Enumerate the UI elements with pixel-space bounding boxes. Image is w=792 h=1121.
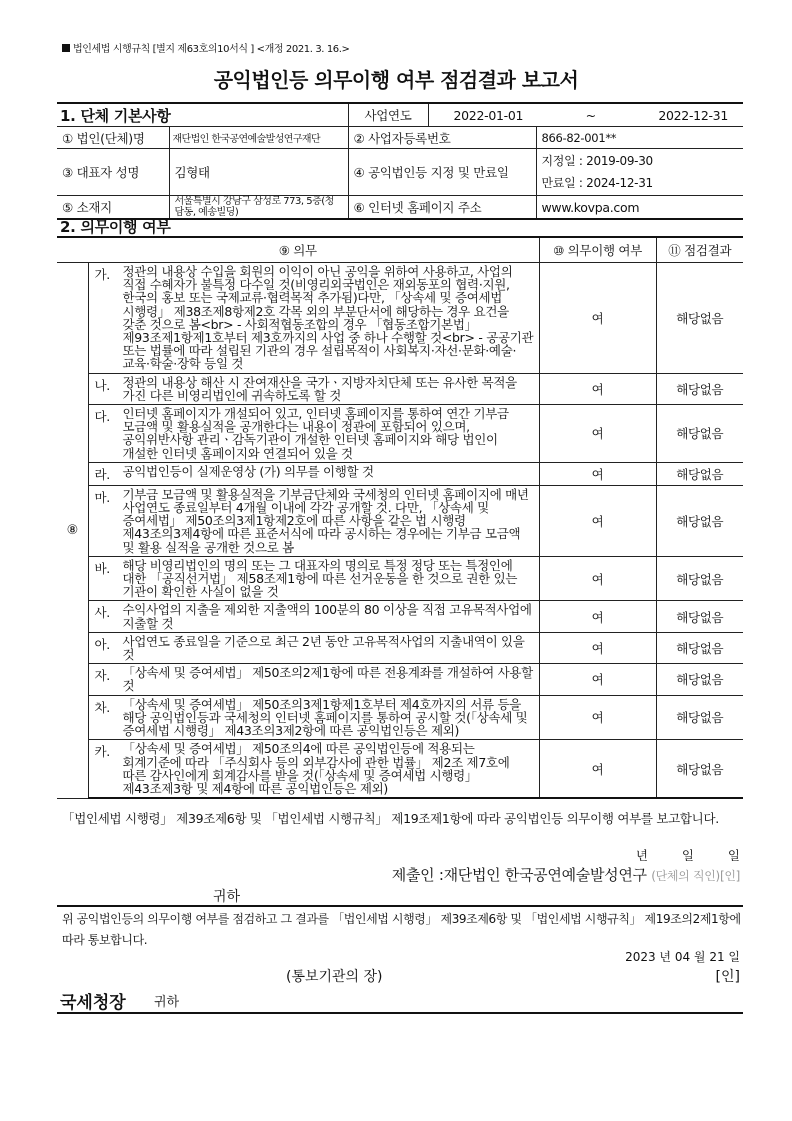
- compliance-value[interactable]: 여: [539, 601, 656, 632]
- result-value[interactable]: 해당없음: [656, 373, 743, 404]
- duty-text: 정관의 내용상 해산 시 잔여재산을 국가ㆍ지방자치단체 또는 유사한 목적을 …: [123, 376, 535, 402]
- notice-seal: [인]: [716, 966, 740, 986]
- duty-label: 카.: [95, 742, 123, 795]
- duty-text: 해당 비영리법인의 명의 또는 그 대표자의 명의로 특정 정당 또는 특정인에…: [123, 559, 535, 599]
- duty-label: 가.: [95, 265, 123, 371]
- business-year-label: 사업연도: [348, 103, 428, 127]
- divider: [57, 905, 743, 907]
- corp-name-label: ① 법인(단체)명: [57, 127, 169, 149]
- duty-text-cell: 차.「상속세 및 증여세법」 제50조의3제1항제1호부터 제4호까지의 서류 …: [88, 695, 539, 740]
- duty-label: 사.: [95, 603, 123, 629]
- row-group-label: ⑧: [57, 263, 88, 799]
- business-year-start[interactable]: 2022-01-01: [454, 108, 524, 123]
- duty-text: 기부금 모금액 및 활용실적을 기부금단체와 국세청의 인터넷 홈페이지에 매년…: [123, 488, 535, 554]
- form-reference: 법인세법 시행규칙 [별지 제63호의10서식 ] <개정 2021. 3. 1…: [62, 40, 350, 55]
- duty-row: ⑧가.정관의 내용상 수입을 회원의 이익이 아닌 공익을 위하여 사용하고, …: [57, 263, 743, 374]
- duty-text-cell: 나.정관의 내용상 해산 시 잔여재산을 국가ㆍ지방자치단체 또는 유사한 목적…: [88, 373, 539, 404]
- compliance-value[interactable]: 여: [539, 664, 656, 695]
- homepage-label: ⑥ 인터넷 홈페이지 주소: [348, 196, 536, 220]
- declaration-date-placeholder[interactable]: 년 일 일: [636, 846, 740, 864]
- duty-label: 라.: [95, 465, 123, 483]
- duty-text: 사업연도 종료일을 기준으로 최근 2년 동안 고유목적사업의 지출내역이 있을…: [123, 635, 535, 661]
- square-bullet-icon: [62, 44, 70, 52]
- compliance-value[interactable]: 여: [539, 485, 656, 556]
- duty-row: 아.사업연도 종료일을 기준으로 최근 2년 동안 고유목적사업의 지출내역이 …: [57, 632, 743, 663]
- result-value[interactable]: 해당없음: [656, 556, 743, 601]
- biz-reg-value[interactable]: 866-82-001**: [536, 127, 743, 149]
- expiry-date[interactable]: 만료일 : 2024-12-31: [542, 172, 739, 194]
- duty-text-cell: 자.「상속세 및 증여세법」 제50조의2제1항에 따른 전용계좌를 개설하여 …: [88, 664, 539, 695]
- duty-label: 자.: [95, 666, 123, 692]
- submitter-label: 제출인 :: [392, 866, 444, 884]
- result-value[interactable]: 해당없음: [656, 405, 743, 463]
- compliance-value[interactable]: 여: [539, 373, 656, 404]
- result-value[interactable]: 해당없음: [656, 462, 743, 485]
- duty-label: 마.: [95, 488, 123, 554]
- addressee-suffix: 귀하: [213, 886, 240, 906]
- result-value[interactable]: 해당없음: [656, 263, 743, 374]
- compliance-value[interactable]: 여: [539, 405, 656, 463]
- section1-heading: 1. 단체 기본사항: [57, 103, 348, 127]
- col-header-duty: ⑨ 의무: [57, 237, 539, 263]
- table-header-row: ⑨ 의무 ⑩ 의무이행 여부 ⑪ 점검결과: [57, 237, 743, 263]
- duty-text: 공익법인등이 실제운영상 (가) 의무를 이행할 것: [123, 465, 535, 483]
- duty-text: 「상속세 및 증여세법」 제50조의3제1항제1호부터 제4호까지의 서류 등을…: [123, 698, 535, 738]
- duty-text: 정관의 내용상 수입을 회원의 이익이 아닌 공익을 위하여 사용하고, 사업의…: [123, 265, 535, 371]
- duty-text: 「상속세 및 증여세법」 제50조의4에 따른 공익법인등에 적용되는 회계기준…: [123, 742, 535, 795]
- col-header-result: ⑪ 점검결과: [656, 237, 743, 263]
- duty-row: 사.수익사업의 지출을 제외한 지출액의 100분의 80 이상을 직접 고유목…: [57, 601, 743, 632]
- notice-issuer: (통보기관의 장): [286, 966, 383, 986]
- duty-text: 수익사업의 지출을 제외한 지출액의 100분의 80 이상을 직접 고유목적사…: [123, 603, 535, 629]
- duty-text: 인터넷 홈페이지가 개설되어 있고, 인터넷 홈페이지를 통하여 연간 기부금 …: [123, 407, 535, 460]
- result-value[interactable]: 해당없음: [656, 664, 743, 695]
- col-header-compliance: ⑩ 의무이행 여부: [539, 237, 656, 263]
- submitter-value[interactable]: 재단법인 한국공연예술발성연구: [444, 866, 647, 884]
- biz-reg-label: ② 사업자등록번호: [348, 127, 536, 149]
- duty-text-cell: 카.「상속세 및 증여세법」 제50조의4에 따른 공익법인등에 적용되는 회계…: [88, 740, 539, 798]
- document-title: 공익법인등 의무이행 여부 점검결과 보고서: [0, 64, 792, 93]
- section2-heading: 2. 의무이행 여부: [60, 216, 171, 237]
- form-reference-text: 법인세법 시행규칙 [별지 제63호의10서식 ] <개정 2021. 3. 1…: [73, 44, 350, 55]
- duty-label: 바.: [95, 559, 123, 599]
- duty-label: 다.: [95, 407, 123, 460]
- duty-text-cell: 가.정관의 내용상 수입을 회원의 이익이 아닌 공익을 위하여 사용하고, 사…: [88, 263, 539, 374]
- duty-row: 나.정관의 내용상 해산 시 잔여재산을 국가ㆍ지방자치단체 또는 유사한 목적…: [57, 373, 743, 404]
- duty-text: 「상속세 및 증여세법」 제50조의2제1항에 따른 전용계좌를 개설하여 사용…: [123, 666, 535, 692]
- compliance-value[interactable]: 여: [539, 462, 656, 485]
- duty-label: 아.: [95, 635, 123, 661]
- duty-text-cell: 바.해당 비영리법인의 명의 또는 그 대표자의 명의로 특정 정당 또는 특정…: [88, 556, 539, 601]
- homepage-value[interactable]: www.kovpa.com: [536, 196, 743, 220]
- duty-row: 바.해당 비영리법인의 명의 또는 그 대표자의 명의로 특정 정당 또는 특정…: [57, 556, 743, 601]
- business-year-separator: ~: [586, 108, 596, 123]
- notice-addressee: 국세청장: [60, 988, 126, 1013]
- compliance-value[interactable]: 여: [539, 263, 656, 374]
- notice-addressee-suffix: 귀하: [154, 991, 179, 1010]
- submitter-line: 제출인 :재단법인 한국공연예술발성연구 (단체의 직인)[인]: [392, 864, 740, 885]
- duty-compliance-table: ⑨ 의무 ⑩ 의무이행 여부 ⑪ 점검결과 ⑧가.정관의 내용상 수입을 회원의…: [57, 236, 743, 799]
- seal-hint: (단체의 직인)[인]: [651, 869, 740, 883]
- result-value[interactable]: 해당없음: [656, 695, 743, 740]
- duty-text-cell: 아.사업연도 종료일을 기준으로 최근 2년 동안 고유목적사업의 지출내역이 …: [88, 632, 539, 663]
- duty-text-cell: 마.기부금 모금액 및 활용실적을 기부금단체와 국세청의 인터넷 홈페이지에 …: [88, 485, 539, 556]
- duty-row: 다.인터넷 홈페이지가 개설되어 있고, 인터넷 홈페이지를 통하여 연간 기부…: [57, 405, 743, 463]
- duty-row: 차.「상속세 및 증여세법」 제50조의3제1항제1호부터 제4호까지의 서류 …: [57, 695, 743, 740]
- compliance-value[interactable]: 여: [539, 556, 656, 601]
- designation-label: ④ 공익법인등 지정 및 만료일: [348, 149, 536, 196]
- compliance-value[interactable]: 여: [539, 632, 656, 663]
- designation-date[interactable]: 지정일 : 2019-09-30: [542, 150, 739, 172]
- duty-row: 자.「상속세 및 증여세법」 제50조의2제1항에 따른 전용계좌를 개설하여 …: [57, 664, 743, 695]
- representative-value[interactable]: 김형태: [169, 149, 348, 196]
- duty-text-cell: 다.인터넷 홈페이지가 개설되어 있고, 인터넷 홈페이지를 통하여 연간 기부…: [88, 405, 539, 463]
- result-value[interactable]: 해당없음: [656, 485, 743, 556]
- result-value[interactable]: 해당없음: [656, 740, 743, 798]
- duty-row: 카.「상속세 및 증여세법」 제50조의4에 따른 공익법인등에 적용되는 회계…: [57, 740, 743, 798]
- notice-text: 위 공익법인등의 의무이행 여부를 점검하고 그 결과를 「법인세법 시행령」 …: [62, 909, 742, 951]
- business-year-period: 2022-01-01 ~ 2022-12-31: [428, 103, 743, 127]
- duty-label: 나.: [95, 376, 123, 402]
- duty-label: 차.: [95, 698, 123, 738]
- declaration-text: 「법인세법 시행령」 제39조제6항 및 「법인세법 시행규칙」 제19조제1항…: [62, 808, 742, 829]
- corp-name-value[interactable]: 재단법인 한국공연예술발성연구재단: [169, 127, 348, 149]
- designation-dates: 지정일 : 2019-09-30 만료일 : 2024-12-31: [536, 149, 743, 196]
- duty-text-cell: 사.수익사업의 지출을 제외한 지출액의 100분의 80 이상을 직접 고유목…: [88, 601, 539, 632]
- business-year-end[interactable]: 2022-12-31: [658, 108, 728, 123]
- bottom-divider: [57, 1012, 743, 1014]
- representative-label: ③ 대표자 성명: [57, 149, 169, 196]
- notice-date: 2023 년 04 월 21 일: [625, 948, 740, 965]
- duty-row: 마.기부금 모금액 및 활용실적을 기부금단체와 국세청의 인터넷 홈페이지에 …: [57, 485, 743, 556]
- duty-row: 라.공익법인등이 실제운영상 (가) 의무를 이행할 것여해당없음: [57, 462, 743, 485]
- address-value[interactable]: 서울특별시 강남구 삼성로 773, 5층(청담동, 예송빌딩): [169, 196, 348, 220]
- result-value[interactable]: 해당없음: [656, 632, 743, 663]
- duty-text-cell: 라.공익법인등이 실제운영상 (가) 의무를 이행할 것: [88, 462, 539, 485]
- compliance-value[interactable]: 여: [539, 740, 656, 798]
- result-value[interactable]: 해당없음: [656, 601, 743, 632]
- basic-info-table: 1. 단체 기본사항 사업연도 2022-01-01 ~ 2022-12-31 …: [57, 102, 743, 220]
- compliance-value[interactable]: 여: [539, 695, 656, 740]
